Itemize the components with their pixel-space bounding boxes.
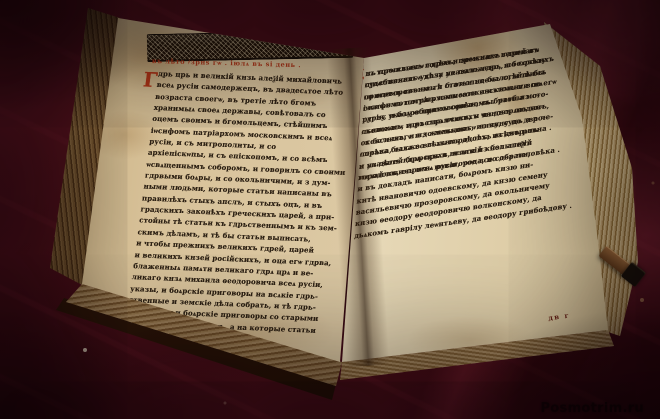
watermark-text: Posmotrim.ru — [540, 401, 644, 416]
photo-scene: въ лѣто ҂зрнѕ гѡ . іюлѧ въ ѕі день . Г д… — [0, 0, 660, 419]
dust-specks — [0, 0, 2, 2]
quire-signature: дв г — [547, 310, 570, 322]
left-page-lines: дрь црь и великій кнзь алеѯій михайлович… — [125, 68, 358, 336]
